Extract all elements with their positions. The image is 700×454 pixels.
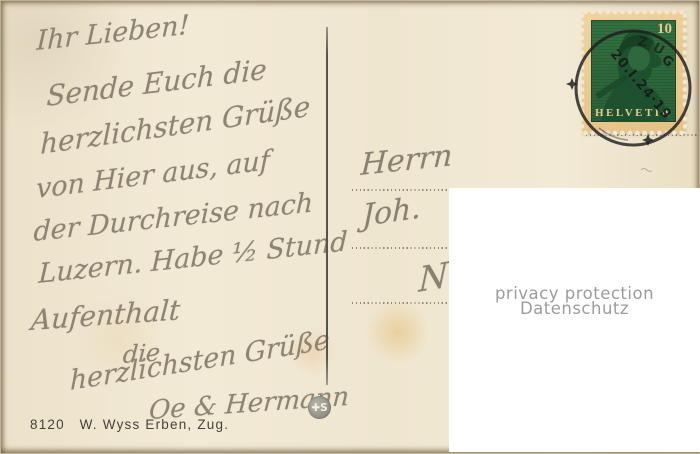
publisher-emblem-icon: ✚S xyxy=(308,396,331,419)
address-line-text: N xyxy=(418,255,449,301)
address-rule xyxy=(352,302,452,304)
privacy-overlay: privacy protection Datenschutz xyxy=(449,188,700,452)
handwriting-line: Aufenthalt xyxy=(30,293,181,337)
postcard-back: Ihr Lieben! Sende Euch die herzlichsten … xyxy=(0,0,700,454)
postmark-town-letter: Z xyxy=(636,34,648,51)
privacy-line-de: Datenschutz xyxy=(449,301,700,316)
handwriting-line: Ihr Lieben! xyxy=(36,10,190,57)
postmark-circle xyxy=(576,31,690,145)
publisher-imprint: 8120 W. Wyss Erben, Zug. xyxy=(30,417,229,432)
address-line-text: Herrn xyxy=(360,138,453,183)
address-rule xyxy=(352,189,453,191)
divider-line xyxy=(326,27,328,385)
address-rule xyxy=(352,247,454,249)
privacy-watermark: privacy protection Datenschutz xyxy=(449,286,700,316)
address-line-text: Joh. xyxy=(362,190,421,234)
postmark-cancel: 20.I.24·19 Z U G xyxy=(553,2,700,180)
pencil-mark xyxy=(641,169,652,172)
